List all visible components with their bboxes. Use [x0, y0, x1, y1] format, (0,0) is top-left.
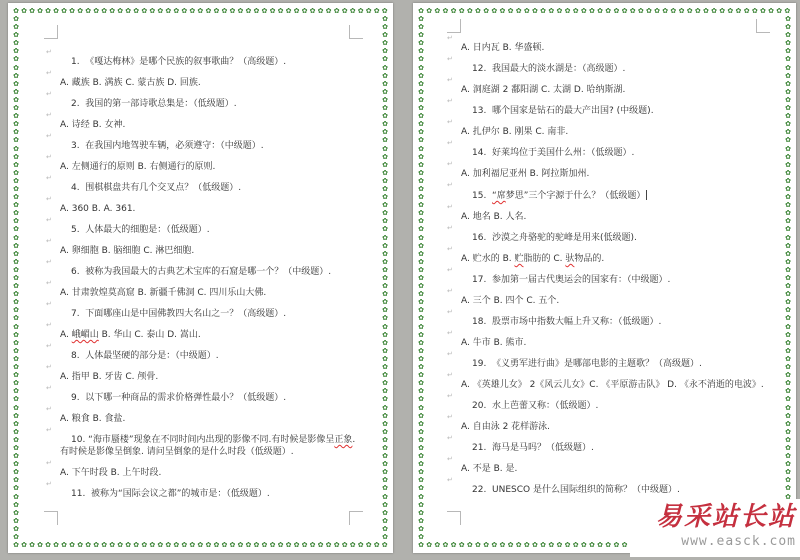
- border-flower-icon: ✿: [784, 104, 792, 112]
- border-flower-icon: ✿: [417, 145, 425, 153]
- border-flower-icon: ✿: [572, 541, 580, 549]
- question-line[interactable]: ↵8. 人体最坚硬的部分是：（中级题）.: [60, 351, 357, 363]
- border-flower-icon: ✿: [381, 23, 389, 31]
- paragraph-mark-icon: ↵: [46, 173, 52, 185]
- border-flower-icon: ✿: [12, 161, 20, 169]
- border-flower-icon: ✿: [381, 290, 389, 298]
- paragraph-mark-icon: ↵: [46, 131, 52, 143]
- border-flower-icon: ✿: [417, 452, 425, 460]
- text-segment: A. 贮水的 B.: [461, 254, 514, 264]
- border-flower-icon: ✿: [417, 517, 425, 525]
- text-segment: A. 诗经 B. 女神.: [60, 120, 125, 130]
- border-flower-icon: ✿: [417, 404, 425, 412]
- border-flower-icon: ✿: [12, 64, 20, 72]
- border-flower-icon: ✿: [124, 541, 132, 549]
- border-flower-icon: ✿: [365, 541, 373, 549]
- border-flower-icon: ✿: [12, 39, 20, 47]
- paragraph-mark-icon: ↵: [46, 89, 52, 101]
- question-line[interactable]: ↵13. 哪个国家是钻石的最大产出国? (中级题).: [461, 106, 770, 118]
- text-segment: 10. “海市蜃楼”现象在不同时间内出现的影像不同.有时候是影像呈: [71, 435, 334, 445]
- text-segment: A. 洞庭湖 2 鄱阳湖 C. 太湖 D. 哈纳斯湖.: [461, 85, 625, 95]
- border-flower-icon: ✿: [580, 541, 588, 549]
- border-flower-icon: ✿: [784, 128, 792, 136]
- border-flower-icon: ✿: [784, 258, 792, 266]
- border-flower-icon: ✿: [417, 476, 425, 484]
- border-flower-icon: ✿: [381, 145, 389, 153]
- question-line[interactable]: ↵7. 下面哪座山是中国佛教四大名山之一？（高级题）.: [60, 309, 357, 321]
- paragraph-mark-icon: ↵: [447, 286, 453, 298]
- border-flower-icon: ✿: [784, 420, 792, 428]
- border-flower-icon: ✿: [36, 541, 44, 549]
- border-flower-icon: ✿: [12, 347, 20, 355]
- border-flower-icon: ✿: [12, 476, 20, 484]
- border-flower-icon: ✿: [100, 541, 108, 549]
- border-flower-icon: ✿: [12, 420, 20, 428]
- border-flower-icon: ✿: [784, 250, 792, 258]
- question-line[interactable]: ↵16. 沙漠之舟骆驼的驼峰是用来(低级题).: [461, 233, 770, 245]
- border-flower-icon: ✿: [140, 541, 148, 549]
- border-flower-icon: ✿: [180, 541, 188, 549]
- option-line[interactable]: ↵A. 左侧通行的原则 B. 右侧通行的原则.: [60, 162, 357, 174]
- border-flower-icon: ✿: [417, 387, 425, 395]
- border-flower-icon: ✿: [784, 23, 792, 31]
- border-flower-icon: ✿: [784, 55, 792, 63]
- option-line[interactable]: ↵A. 洞庭湖 2 鄱阳湖 C. 太湖 D. 哈纳斯湖.: [461, 85, 770, 97]
- option-line[interactable]: ↵A. 粮食 B. 食盐.: [60, 414, 357, 426]
- border-flower-icon: ✿: [44, 7, 52, 15]
- border-flower-icon: ✿: [417, 460, 425, 468]
- border-flower-icon: ✿: [751, 7, 759, 15]
- border-flower-icon: ✿: [604, 7, 612, 15]
- border-flower-icon: ✿: [381, 31, 389, 39]
- border-flower-icon: ✿: [417, 444, 425, 452]
- border-flower-icon: ✿: [333, 7, 341, 15]
- option-line[interactable]: ↵A. 贮水的 B. 贮脂肪的 C. 驮物品的.: [461, 254, 770, 266]
- border-flower-icon: ✿: [784, 39, 792, 47]
- border-flower-icon: ✿: [417, 339, 425, 347]
- text-segment: 5. 人体最大的细胞是：（低级题）.: [71, 225, 210, 235]
- border-flower-icon: ✿: [12, 387, 20, 395]
- option-line[interactable]: ↵A. 指甲 B. 牙齿 C. 颅骨.: [60, 372, 357, 384]
- border-flower-icon: ✿: [212, 7, 220, 15]
- page-1-text-area[interactable]: ↵1. 《嘎达梅林》是哪个民族的叙事歌曲？（高级题）.↵A. 藏族 B. 满族 …: [60, 57, 357, 510]
- page-2-text-area[interactable]: ↵A. 日内瓦 B. 华盛顿.↵12. 我国最大的淡水湖是：（高级题）.↵A. …: [461, 43, 770, 506]
- paragraph-mark-icon: ↵: [447, 307, 453, 319]
- border-flower-icon: ✿: [498, 541, 506, 549]
- paragraph-mark-icon: ↵: [447, 138, 453, 150]
- border-flower-icon: ✿: [417, 363, 425, 371]
- border-flower-icon: ✿: [277, 7, 285, 15]
- border-flower-icon: ✿: [12, 193, 20, 201]
- site-watermark: 易采站长站 www.easck.com: [630, 499, 800, 557]
- border-flower-icon: ✿: [381, 120, 389, 128]
- border-flower-icon: ✿: [333, 541, 341, 549]
- border-flower-icon: ✿: [341, 7, 349, 15]
- paragraph-mark-icon: ↵: [447, 433, 453, 445]
- border-flower-icon: ✿: [12, 525, 20, 533]
- border-flower-icon: ✿: [694, 7, 702, 15]
- border-flower-icon: ✿: [220, 7, 228, 15]
- border-flower-icon: ✿: [441, 541, 449, 549]
- border-flower-icon: ✿: [381, 72, 389, 80]
- border-flower-icon: ✿: [474, 7, 482, 15]
- border-flower-icon: ✿: [381, 355, 389, 363]
- border-flower-icon: ✿: [124, 7, 132, 15]
- question-line[interactable]: ↵22. UNESCO 是什么国际组织的简称？（中级题）.: [461, 485, 770, 497]
- border-flower-icon: ✿: [381, 217, 389, 225]
- option-line[interactable]: ↵A. 藏族 B. 满族 C. 蒙古族 D. 回族.: [60, 78, 357, 90]
- border-flower-icon: ✿: [417, 225, 425, 233]
- option-line[interactable]: ↵A. 扎伊尔 B. 刚果 C. 南非.: [461, 127, 770, 139]
- border-flower-icon: ✿: [381, 533, 389, 541]
- border-flower-icon: ✿: [507, 7, 515, 15]
- border-flower-icon: ✿: [196, 541, 204, 549]
- text-segment: A. 左侧通行的原则 B. 右侧通行的原则.: [60, 162, 215, 172]
- option-line[interactable]: ↵A. 下午时段 B. 上午时段.: [60, 468, 357, 480]
- border-flower-icon: ✿: [164, 541, 172, 549]
- question-line[interactable]: ↵12. 我国最大的淡水湖是：（高级题）.: [461, 64, 770, 76]
- text-segment: 18. 股票市场中指数大幅上升又称：（低级题）.: [472, 317, 661, 327]
- question-line[interactable]: ↵5. 人体最大的细胞是：（低级题）.: [60, 225, 357, 237]
- border-flower-icon: ✿: [12, 88, 20, 96]
- border-flower-icon: ✿: [417, 290, 425, 298]
- option-line[interactable]: ↵A. 地名 B. 人名.: [461, 212, 770, 224]
- border-flower-icon: ✿: [498, 7, 506, 15]
- border-flower-icon: ✿: [357, 7, 365, 15]
- paragraph-mark-icon: ↵: [447, 244, 453, 256]
- border-flower-icon: ✿: [172, 541, 180, 549]
- border-flower-icon: ✿: [381, 501, 389, 509]
- question-line[interactable]: ↵6. 被称为我国最大的古典艺术宝库的石窟是哪一个？（中级题）.: [60, 267, 357, 279]
- border-flower-icon: ✿: [381, 250, 389, 258]
- border-flower-icon: ✿: [381, 468, 389, 476]
- border-flower-icon: ✿: [417, 177, 425, 185]
- border-flower-icon: ✿: [572, 7, 580, 15]
- paragraph-mark-icon: ↵: [447, 33, 453, 45]
- border-flower-icon: ✿: [44, 541, 52, 549]
- border-flower-icon: ✿: [100, 7, 108, 15]
- border-flower-icon: ✿: [92, 7, 100, 15]
- border-flower-icon: ✿: [12, 225, 20, 233]
- border-flower-icon: ✿: [417, 323, 425, 331]
- border-flower-icon: ✿: [450, 7, 458, 15]
- border-flower-icon: ✿: [743, 7, 751, 15]
- border-flower-icon: ✿: [381, 266, 389, 274]
- option-line[interactable]: ↵A. 峨嵋山 B. 华山 C. 泰山 D. 嵩山.: [60, 330, 357, 342]
- border-flower-icon: ✿: [84, 541, 92, 549]
- text-segment: A. 指甲 B. 牙齿 C. 颅骨.: [60, 372, 158, 382]
- border-flower-icon: ✿: [381, 274, 389, 282]
- border-flower-icon: ✿: [784, 169, 792, 177]
- text-boundary-corner-icon: [756, 19, 770, 33]
- border-flower-icon: ✿: [341, 541, 349, 549]
- question-line[interactable]: ↵19. 《义勇军进行曲》是哪部电影的主题歌？（高级题）.: [461, 359, 770, 371]
- paragraph-mark-icon: ↵: [447, 180, 453, 192]
- border-flower-icon: ✿: [381, 104, 389, 112]
- border-flower-icon: ✿: [784, 460, 792, 468]
- option-line[interactable]: ↵A. 自由泳 2 花样游泳.: [461, 422, 770, 434]
- border-flower-icon: ✿: [180, 7, 188, 15]
- border-flower-icon: ✿: [425, 7, 433, 15]
- text-segment: 2. 我国的第一部诗歌总集是：（低级题）.: [71, 99, 237, 109]
- question-line[interactable]: ↵11. 被称为“国际会议之都”的城市是：（低级题）.: [60, 489, 357, 501]
- border-flower-icon: ✿: [76, 7, 84, 15]
- border-flower-icon: ✿: [490, 7, 498, 15]
- document-page-1: ✿✿✿✿✿✿✿✿✿✿✿✿✿✿✿✿✿✿✿✿✿✿✿✿✿✿✿✿✿✿✿✿✿✿✿✿✿✿✿✿…: [8, 3, 393, 553]
- border-flower-icon: ✿: [12, 355, 20, 363]
- border-flower-icon: ✿: [68, 7, 76, 15]
- border-flower-icon: ✿: [12, 290, 20, 298]
- border-flower-icon: ✿: [629, 7, 637, 15]
- border-flower-icon: ✿: [539, 541, 547, 549]
- floral-border-top: ✿✿✿✿✿✿✿✿✿✿✿✿✿✿✿✿✿✿✿✿✿✿✿✿✿✿✿✿✿✿✿✿✿✿✿✿✿✿✿✿…: [12, 7, 389, 15]
- floral-border-left: ✿✿✿✿✿✿✿✿✿✿✿✿✿✿✿✿✿✿✿✿✿✿✿✿✿✿✿✿✿✿✿✿✿✿✿✿✿✿✿✿…: [417, 15, 425, 541]
- border-flower-icon: ✿: [12, 31, 20, 39]
- border-flower-icon: ✿: [417, 185, 425, 193]
- border-flower-icon: ✿: [784, 363, 792, 371]
- border-flower-icon: ✿: [621, 7, 629, 15]
- document-page-2: ✿✿✿✿✿✿✿✿✿✿✿✿✿✿✿✿✿✿✿✿✿✿✿✿✿✿✿✿✿✿✿✿✿✿✿✿✿✿✿✿…: [413, 3, 796, 553]
- border-flower-icon: ✿: [381, 47, 389, 55]
- border-flower-icon: ✿: [381, 201, 389, 209]
- border-flower-icon: ✿: [417, 379, 425, 387]
- border-flower-icon: ✿: [164, 7, 172, 15]
- border-flower-icon: ✿: [417, 509, 425, 517]
- border-flower-icon: ✿: [381, 395, 389, 403]
- border-flower-icon: ✿: [490, 541, 498, 549]
- text-segment: A.: [60, 330, 72, 340]
- option-line[interactable]: ↵A. 诗经 B. 女神.: [60, 120, 357, 132]
- border-flower-icon: ✿: [12, 96, 20, 104]
- border-flower-icon: ✿: [349, 7, 357, 15]
- option-line[interactable]: ↵A. 不是 B. 是.: [461, 464, 770, 476]
- border-flower-icon: ✿: [653, 7, 661, 15]
- border-flower-icon: ✿: [381, 428, 389, 436]
- question-line[interactable]: ↵17. 参加第一届古代奥运会的国家有：（中级题）.: [461, 275, 770, 287]
- border-flower-icon: ✿: [381, 444, 389, 452]
- option-line[interactable]: ↵A. 加利福尼亚州 B. 阿拉斯加州.: [461, 169, 770, 181]
- border-flower-icon: ✿: [784, 331, 792, 339]
- border-flower-icon: ✿: [12, 209, 20, 217]
- question-line[interactable]: ↵9. 以下哪一种商品的需求价格弹性最小？（低级题）.: [60, 393, 357, 405]
- paragraph-mark-icon: ↵: [447, 370, 453, 382]
- border-flower-icon: ✿: [12, 331, 20, 339]
- border-flower-icon: ✿: [12, 7, 20, 15]
- text-segment: A. 地名 B. 人名.: [461, 212, 526, 222]
- text-segment: 9. 以下哪一种商品的需求价格弹性最小？（低级题）.: [71, 393, 286, 403]
- border-flower-icon: ✿: [12, 306, 20, 314]
- border-flower-icon: ✿: [381, 493, 389, 501]
- text-segment: 6. 被称为我国最大的古典艺术宝库的石窟是哪一个？（中级题）.: [71, 267, 331, 277]
- border-flower-icon: ✿: [381, 420, 389, 428]
- paragraph-mark-icon: ↵: [46, 47, 52, 59]
- border-flower-icon: ✿: [784, 355, 792, 363]
- border-flower-icon: ✿: [784, 177, 792, 185]
- border-flower-icon: ✿: [645, 7, 653, 15]
- border-flower-icon: ✿: [531, 541, 539, 549]
- text-segment: A. 自由泳 2 花样游泳.: [461, 422, 550, 432]
- border-flower-icon: ✿: [236, 7, 244, 15]
- border-flower-icon: ✿: [784, 31, 792, 39]
- border-flower-icon: ✿: [381, 517, 389, 525]
- border-flower-icon: ✿: [12, 274, 20, 282]
- border-flower-icon: ✿: [417, 128, 425, 136]
- question-line[interactable]: ↵10. “海市蜃楼”现象在不同时间内出现的影像不同.有时候是影像呈正象. 有时…: [60, 435, 357, 458]
- paragraph-mark-icon: ↵: [447, 265, 453, 277]
- border-flower-icon: ✿: [564, 541, 572, 549]
- border-flower-icon: ✿: [784, 234, 792, 242]
- border-flower-icon: ✿: [784, 161, 792, 169]
- text-segment: A. 卵细胞 B. 脑细胞 C. 淋巴细胞.: [60, 246, 194, 256]
- border-flower-icon: ✿: [252, 541, 260, 549]
- border-flower-icon: ✿: [466, 541, 474, 549]
- border-flower-icon: ✿: [381, 363, 389, 371]
- border-flower-icon: ✿: [417, 250, 425, 258]
- question-line[interactable]: ↵14. 好莱坞位于美国什么州：（低级题）.: [461, 148, 770, 160]
- border-flower-icon: ✿: [12, 339, 20, 347]
- option-line[interactable]: ↵A. 《英雄儿女》 2《风云儿女》C. 《平原游击队》 D. 《永不消逝的电波…: [461, 380, 770, 392]
- option-line[interactable]: ↵A. 卵细胞 B. 脑细胞 C. 淋巴细胞.: [60, 246, 357, 258]
- border-flower-icon: ✿: [482, 7, 490, 15]
- border-flower-icon: ✿: [381, 136, 389, 144]
- border-flower-icon: ✿: [784, 136, 792, 144]
- border-flower-icon: ✿: [417, 31, 425, 39]
- border-flower-icon: ✿: [686, 7, 694, 15]
- border-flower-icon: ✿: [417, 371, 425, 379]
- border-flower-icon: ✿: [381, 331, 389, 339]
- text-segment: A. 《英雄儿女》 2《风云儿女》C. 《平原游击队》 D. 《永不消逝的电波》…: [461, 380, 764, 390]
- border-flower-icon: ✿: [148, 7, 156, 15]
- border-flower-icon: ✿: [417, 395, 425, 403]
- border-flower-icon: ✿: [678, 7, 686, 15]
- border-flower-icon: ✿: [381, 282, 389, 290]
- border-flower-icon: ✿: [417, 274, 425, 282]
- border-flower-icon: ✿: [12, 23, 20, 31]
- text-segment: 梦思”三个字源于什么？（低级题）: [506, 191, 646, 201]
- border-flower-icon: ✿: [702, 7, 710, 15]
- question-line[interactable]: ↵1. 《嘎达梅林》是哪个民族的叙事歌曲？（高级题）.: [60, 57, 357, 69]
- border-flower-icon: ✿: [260, 7, 268, 15]
- border-flower-icon: ✿: [381, 306, 389, 314]
- border-flower-icon: ✿: [759, 7, 767, 15]
- floral-border-right: ✿✿✿✿✿✿✿✿✿✿✿✿✿✿✿✿✿✿✿✿✿✿✿✿✿✿✿✿✿✿✿✿✿✿✿✿✿✿✿✿…: [381, 15, 389, 541]
- border-flower-icon: ✿: [12, 468, 20, 476]
- border-flower-icon: ✿: [784, 387, 792, 395]
- border-flower-icon: ✿: [555, 7, 563, 15]
- paragraph-mark-icon: ↵: [46, 425, 52, 437]
- text-segment: A. 不是 B. 是.: [461, 464, 517, 474]
- border-flower-icon: ✿: [220, 541, 228, 549]
- option-line[interactable]: ↵A. 日内瓦 B. 华盛顿.: [461, 43, 770, 55]
- border-flower-icon: ✿: [555, 541, 563, 549]
- border-flower-icon: ✿: [12, 136, 20, 144]
- text-segment: 16. 沙漠之舟骆驼的驼峰是用来(低级题).: [472, 233, 637, 243]
- border-flower-icon: ✿: [12, 444, 20, 452]
- question-line[interactable]: ↵18. 股票市场中指数大幅上升又称：（低级题）.: [461, 317, 770, 329]
- border-flower-icon: ✿: [12, 15, 20, 23]
- border-flower-icon: ✿: [12, 371, 20, 379]
- question-line[interactable]: ↵20. 水上芭蕾又称：（低级题）.: [461, 401, 770, 413]
- border-flower-icon: ✿: [12, 169, 20, 177]
- border-flower-icon: ✿: [12, 104, 20, 112]
- border-flower-icon: ✿: [381, 96, 389, 104]
- question-line[interactable]: ↵4. 围棋棋盘共有几个交叉点？（低级题）.: [60, 183, 357, 195]
- border-flower-icon: ✿: [417, 72, 425, 80]
- border-flower-icon: ✿: [381, 88, 389, 96]
- paragraph-mark-icon: ↵: [46, 299, 52, 311]
- spellcheck-flagged-text: 峨嵋山: [72, 330, 99, 340]
- paragraph-mark-icon: ↵: [46, 404, 52, 416]
- border-flower-icon: ✿: [325, 7, 333, 15]
- spellcheck-flagged-text: 贮: [514, 254, 523, 264]
- paragraph-mark-icon: ↵: [46, 362, 52, 374]
- border-flower-icon: ✿: [20, 541, 28, 549]
- border-flower-icon: ✿: [710, 7, 718, 15]
- border-flower-icon: ✿: [12, 177, 20, 185]
- border-flower-icon: ✿: [12, 314, 20, 322]
- border-flower-icon: ✿: [381, 209, 389, 217]
- border-flower-icon: ✿: [12, 517, 20, 525]
- border-flower-icon: ✿: [12, 428, 20, 436]
- text-segment: 4. 围棋棋盘共有几个交叉点？（低级题）.: [71, 183, 241, 193]
- border-flower-icon: ✿: [450, 541, 458, 549]
- border-flower-icon: ✿: [12, 80, 20, 88]
- border-flower-icon: ✿: [60, 7, 68, 15]
- border-flower-icon: ✿: [12, 533, 20, 541]
- border-flower-icon: ✿: [596, 541, 604, 549]
- question-line[interactable]: ↵2. 我国的第一部诗歌总集是：（低级题）.: [60, 99, 357, 111]
- border-flower-icon: ✿: [417, 468, 425, 476]
- border-flower-icon: ✿: [784, 395, 792, 403]
- text-segment: 20. 水上芭蕾又称：（低级题）.: [472, 401, 598, 411]
- question-line[interactable]: ↵21. 海马是马吗？（低级题）.: [461, 443, 770, 455]
- border-flower-icon: ✿: [417, 169, 425, 177]
- question-line[interactable]: ↵15. “席梦思”三个字源于什么？（低级题）: [461, 190, 770, 203]
- border-flower-icon: ✿: [373, 541, 381, 549]
- border-flower-icon: ✿: [381, 452, 389, 460]
- border-flower-icon: ✿: [84, 7, 92, 15]
- border-flower-icon: ✿: [417, 436, 425, 444]
- border-flower-icon: ✿: [244, 7, 252, 15]
- border-flower-icon: ✿: [417, 428, 425, 436]
- border-flower-icon: ✿: [784, 282, 792, 290]
- text-segment: 7. 下面哪座山是中国佛教四大名山之一？（高级题）.: [71, 309, 286, 319]
- border-flower-icon: ✿: [12, 436, 20, 444]
- border-flower-icon: ✿: [12, 145, 20, 153]
- border-flower-icon: ✿: [784, 484, 792, 492]
- question-line[interactable]: ↵3. 在我国内地驾驶车辆，必须遵守：（中级题）.: [60, 141, 357, 153]
- paragraph-mark-icon: ↵: [447, 475, 453, 487]
- border-flower-icon: ✿: [784, 379, 792, 387]
- option-line[interactable]: ↵A. 甘肃敦煌莫高窟 B. 新疆千佛洞 C. 四川乐山大佛.: [60, 288, 357, 300]
- border-flower-icon: ✿: [474, 541, 482, 549]
- border-flower-icon: ✿: [417, 525, 425, 533]
- text-boundary-corner-icon: [447, 19, 461, 33]
- option-line[interactable]: ↵A. 牛市 B. 熊市.: [461, 338, 770, 350]
- watermark-brand-text: 易采站长站: [630, 501, 796, 533]
- border-flower-icon: ✿: [188, 541, 196, 549]
- border-flower-icon: ✿: [531, 7, 539, 15]
- border-flower-icon: ✿: [381, 177, 389, 185]
- text-segment: 15.: [472, 191, 492, 201]
- border-flower-icon: ✿: [309, 541, 317, 549]
- border-flower-icon: ✿: [381, 225, 389, 233]
- option-line[interactable]: ↵A. 三个 B. 四个 C. 五个.: [461, 296, 770, 308]
- border-flower-icon: ✿: [417, 541, 425, 549]
- option-line[interactable]: ↵A. 360 B. A. 361.: [60, 204, 357, 216]
- border-flower-icon: ✿: [507, 541, 515, 549]
- border-flower-icon: ✿: [28, 541, 36, 549]
